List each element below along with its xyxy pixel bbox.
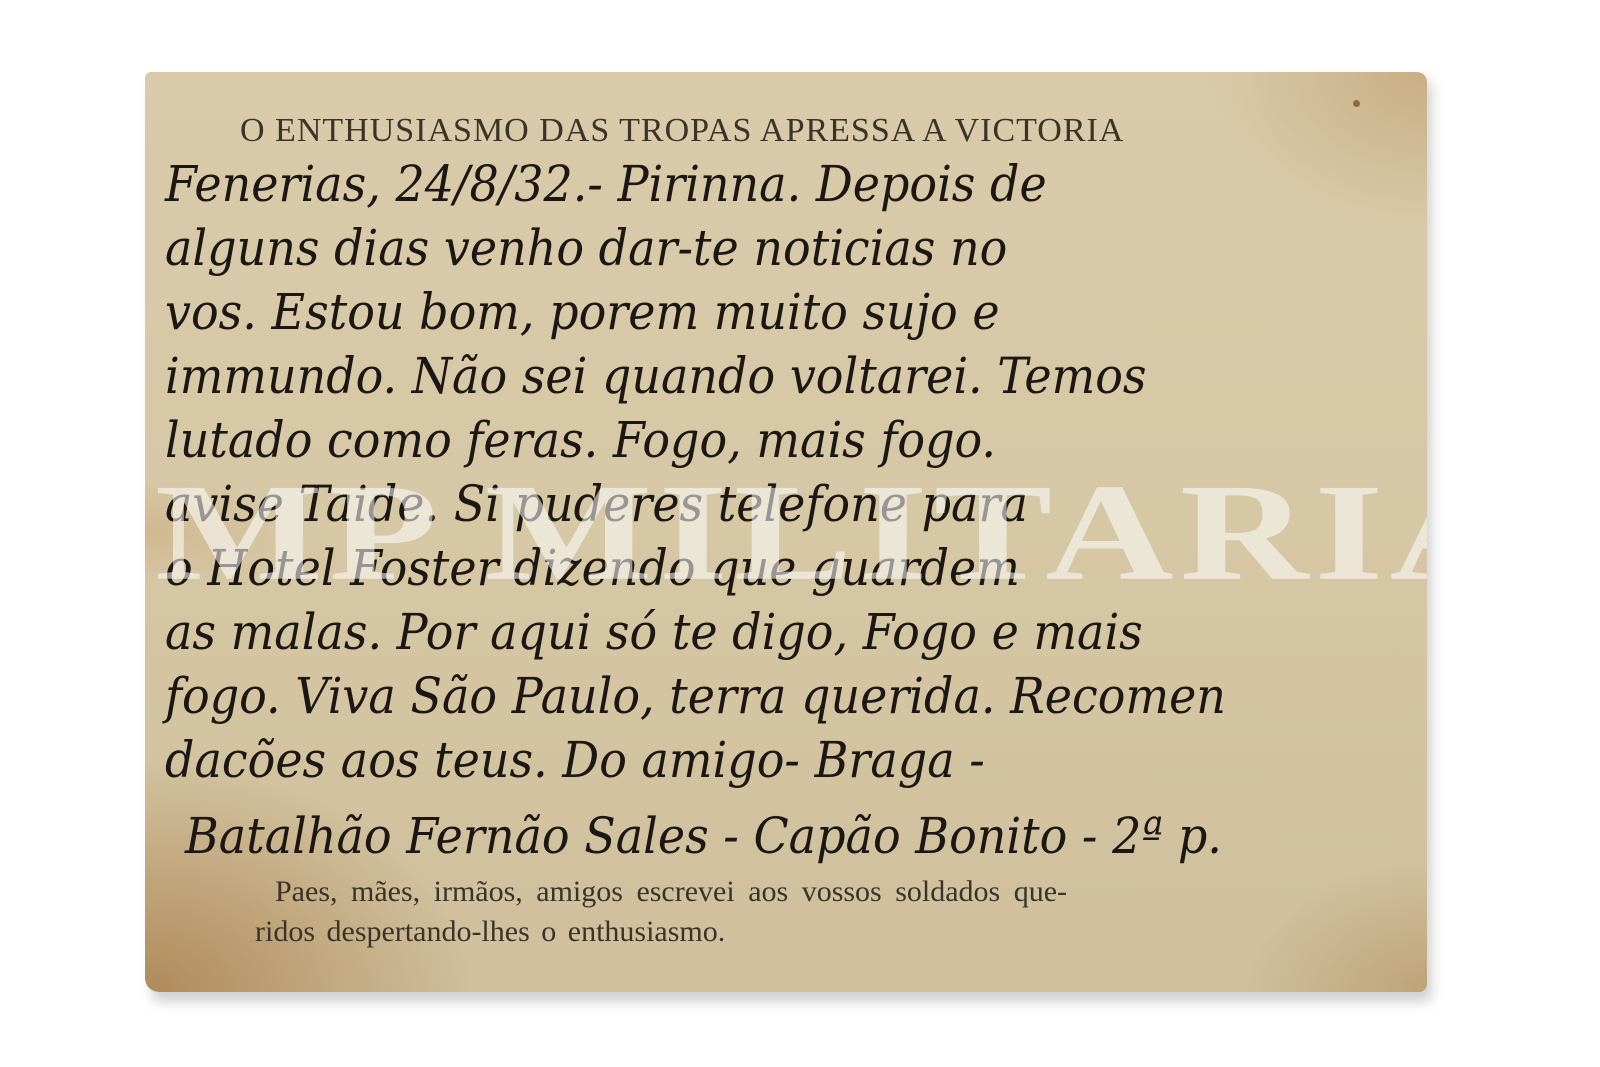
handwritten-line: fogo. Viva São Paulo, terra querida. Rec…: [165, 664, 1324, 728]
foxing-spot: [1353, 100, 1360, 107]
handwritten-line: alguns dias venho dar-te noticias no: [165, 216, 1324, 280]
handwritten-line: Fenerias, 24/8/32.- Pirinna. Depois de: [165, 152, 1324, 216]
printed-header: O ENTHUSIASMO DAS TROPAS APRESSA A VICTO…: [240, 112, 1340, 150]
footer-line: Paes, mães, irmãos, amigos escrevei aos …: [255, 872, 1405, 912]
footer-line: ridos despertando-lhes o enthusiasmo.: [255, 912, 1427, 952]
battalion-signature: Batalhão Fernão Sales - Capão Bonito - 2…: [185, 807, 1222, 865]
handwritten-line: dacões aos teus. Do amigo- Braga -: [165, 728, 1324, 792]
handwritten-line: vos. Estou bom, porem muito sujo e: [165, 280, 1324, 344]
watermark: MP MILITARIA: [155, 462, 1425, 602]
handwritten-line: immundo. Não sei quando voltarei. Temos: [165, 344, 1324, 408]
postcard: O ENTHUSIASMO DAS TROPAS APRESSA A VICTO…: [145, 72, 1427, 992]
handwritten-line: as malas. Por aqui só te digo, Fogo e ma…: [165, 600, 1324, 664]
printed-footer: Paes, mães, irmãos, amigos escrevei aos …: [255, 872, 1405, 952]
